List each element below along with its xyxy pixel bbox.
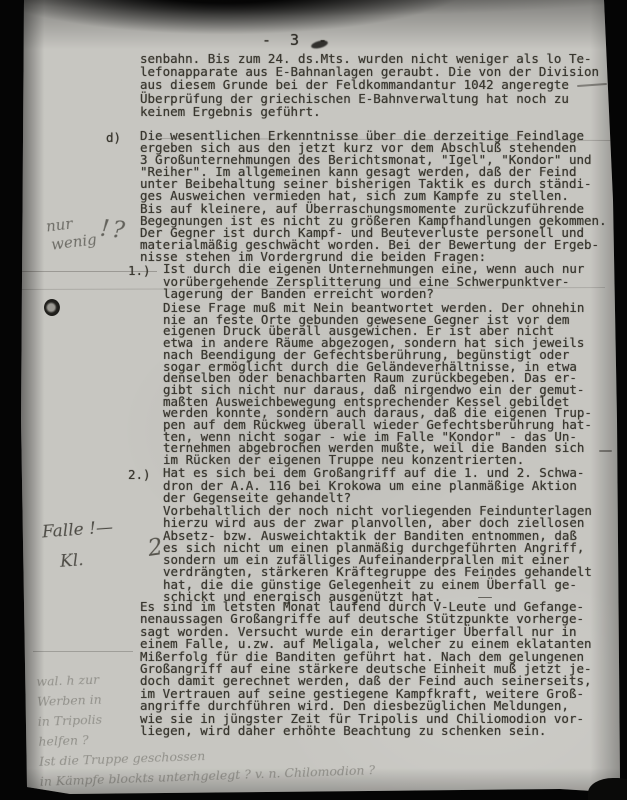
handwritten-falle-line1: Falle !— <box>41 518 113 543</box>
paragraph-answer-2: Vorbehaltlich der noch nicht vorliegende… <box>163 505 592 603</box>
typed-dash-end <box>478 597 492 598</box>
handwritten-bottom-notes: wal. h zurWerben inin Tripolishelfen ?Is… <box>36 660 375 792</box>
paragraph-answer-1: Diese Frage muß mit Nein beantwortet wer… <box>163 302 592 466</box>
paper-sheet: - 3 - senbahn. Bis zum 24. ds.Mts. wurde… <box>0 0 627 800</box>
question-2-label: 2.) <box>128 467 151 482</box>
handwritten-margin-number: 2 <box>146 534 164 562</box>
text-line: Überprüfung der griechischen E-Bahnverwa… <box>140 92 599 105</box>
scanned-document-photo: - 3 - senbahn. Bis zum 24. ds.Mts. wurde… <box>0 0 627 800</box>
question-1-label: 1.) <box>128 263 151 278</box>
punch-hole <box>44 299 60 316</box>
paragraph-question-1: Ist durch die eigenen Unternehmungen ein… <box>163 263 584 301</box>
text-line: lagerung der Banden erreicht worden? <box>163 288 584 301</box>
handwritten-falle-line2: Kl. <box>59 550 84 572</box>
paragraph-intro: senbahn. Bis zum 24. ds.Mts. wurden nich… <box>140 52 599 118</box>
paragraph-item-d: Die wesentlichen Erkenntnisse über die d… <box>140 130 607 263</box>
paragraph-question-2: Hat es sich bei dem Großangriff auf die … <box>163 467 584 505</box>
handwritten-margin-note-marks: !? <box>99 216 129 245</box>
text-line: aus diesem Grunde bei der Feldkommandant… <box>140 78 599 91</box>
handwritten-margin-note-word1: nur <box>45 214 73 235</box>
pencil-dash-right-margin <box>599 450 612 452</box>
item-d-label: d) <box>106 130 121 145</box>
pencil-line-bottom-left <box>33 651 133 652</box>
text-line: keinem Ergebnis geführt. <box>140 105 599 118</box>
